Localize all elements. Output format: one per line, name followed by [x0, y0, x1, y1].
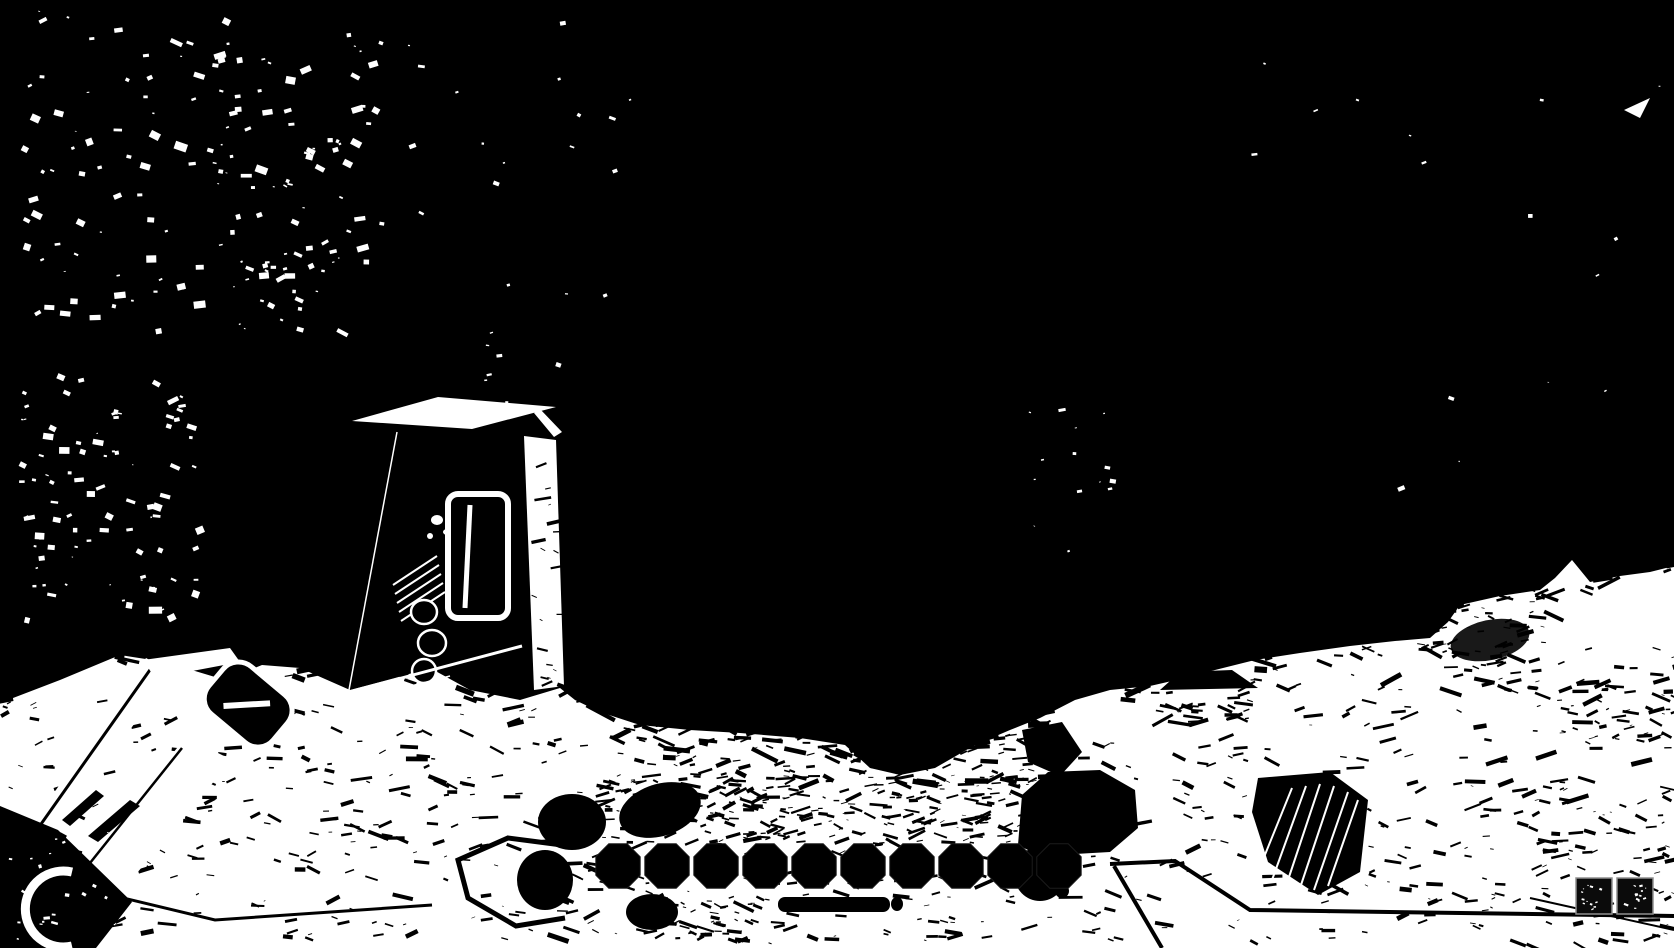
hotbar-slot-8[interactable]	[939, 844, 983, 888]
hotbar-slot-3[interactable]	[694, 844, 738, 888]
hotbar-item-label-bar	[778, 897, 903, 912]
game-screen	[0, 0, 1674, 948]
game-viewport	[0, 0, 1674, 948]
hotbar-slot-2[interactable]	[645, 844, 689, 888]
hotbar-slot-0[interactable]	[1037, 844, 1081, 888]
hotbar-slot-5[interactable]	[792, 844, 836, 888]
hotbar-slot-6[interactable]	[841, 844, 885, 888]
hotbar-slot-9[interactable]	[988, 844, 1032, 888]
status-icon-left	[1576, 878, 1612, 914]
hotbar-slot-7[interactable]	[890, 844, 934, 888]
rock-lower-left	[517, 850, 573, 910]
shadow-patch	[626, 894, 678, 930]
boulder-right-of-hotbar	[1018, 770, 1138, 856]
hotbar-slot-1[interactable]	[596, 844, 640, 888]
hotbar-slot-4[interactable]	[743, 844, 787, 888]
status-icon-right	[1617, 878, 1653, 914]
